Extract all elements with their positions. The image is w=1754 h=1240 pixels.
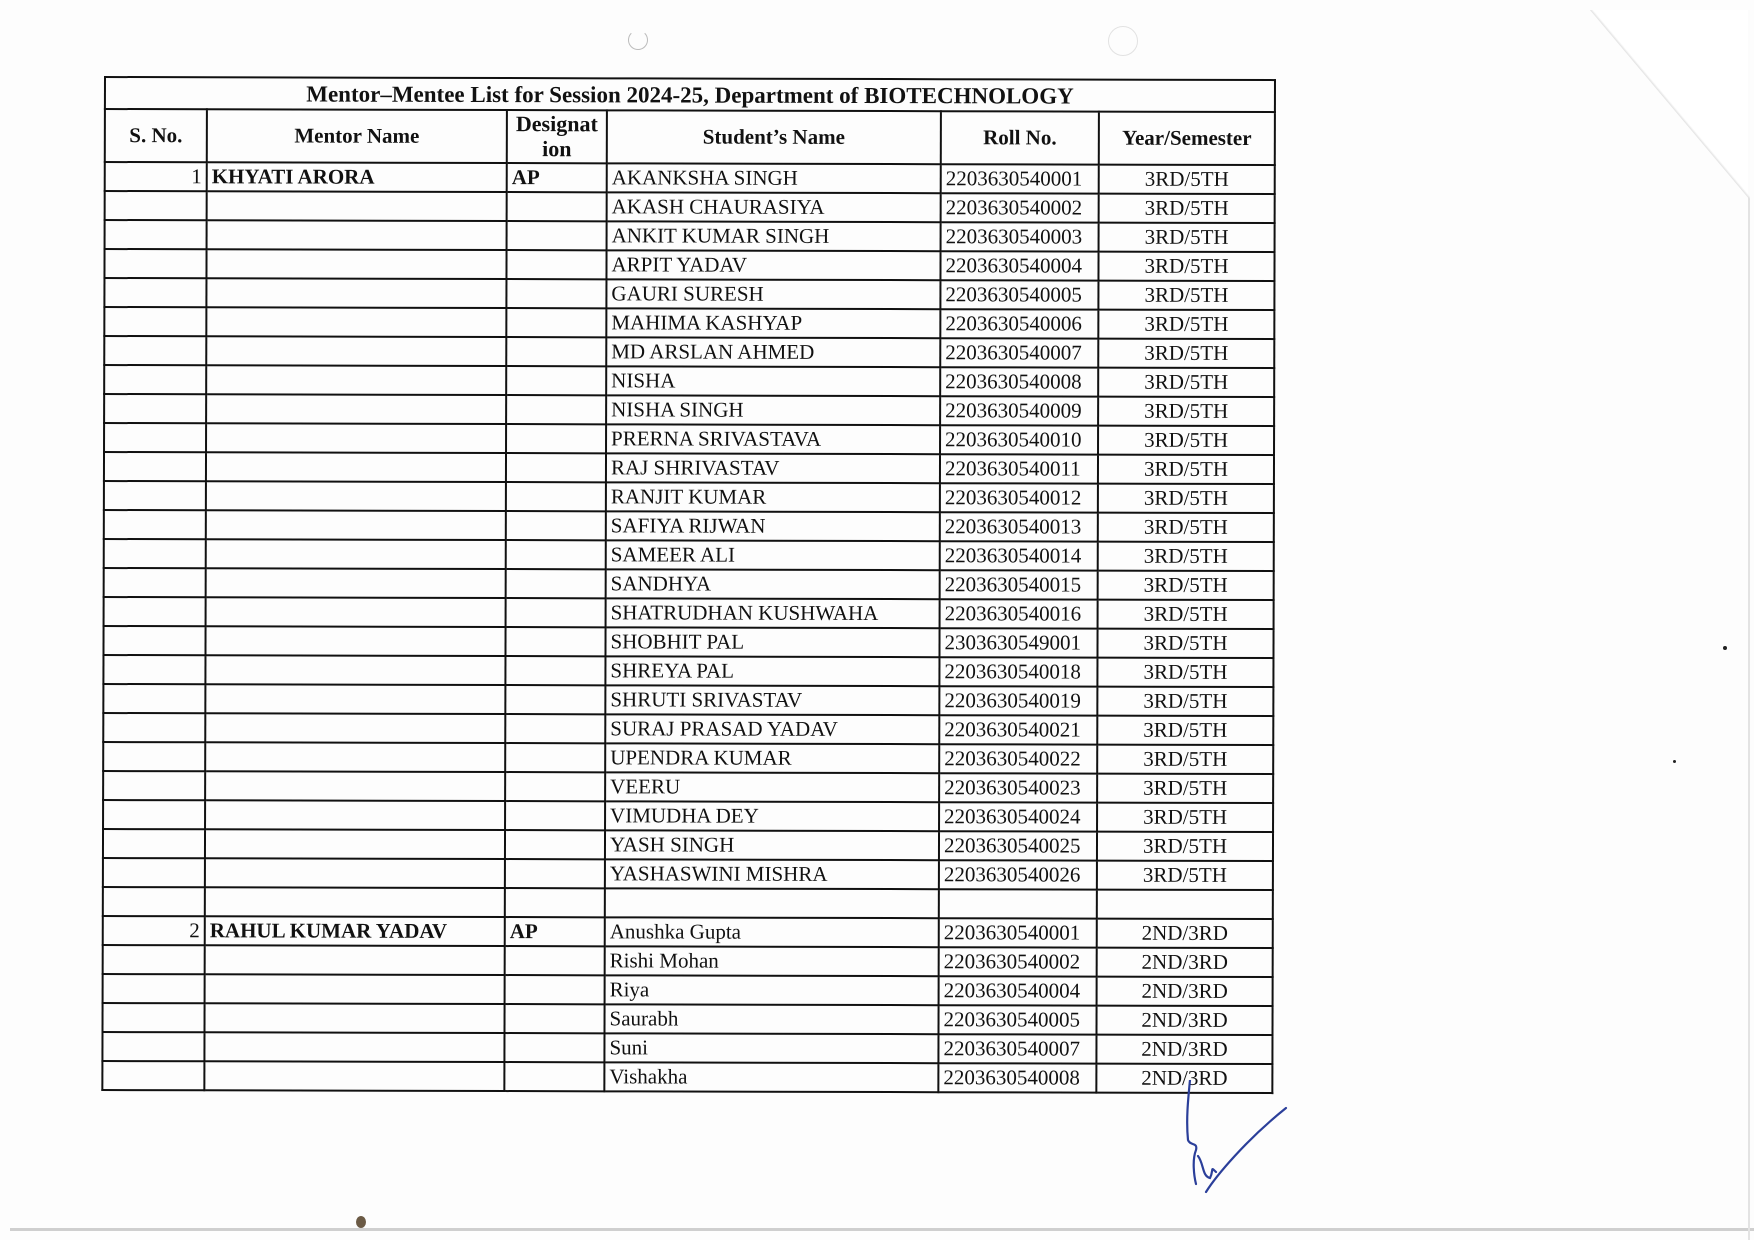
year-semester-cell: 3RD/5TH [1098,570,1274,599]
table-row: NISHA SINGH22036305400093RD/5TH [104,394,1274,426]
sno-cell [104,452,206,481]
roll-no-cell: 2203630540001 [941,164,1099,193]
mentor-name-cell [206,249,506,279]
designation-cell [505,946,605,975]
roll-no-cell: 2203630540005 [940,280,1098,309]
table-row: Riya22036305400042ND/3RD [103,974,1273,1006]
column-header-mentor-name: Mentor Name [207,109,507,162]
table-row: Suni22036305400072ND/3RD [102,1032,1272,1064]
year-semester-cell: 3RD/5TH [1097,831,1273,860]
roll-no-cell: 2203630540022 [939,744,1097,773]
table-row: SHOBHIT PAL23036305490013RD/5TH [103,626,1273,658]
year-semester-cell: 3RD/5TH [1098,425,1274,454]
designation-cell [505,975,605,1004]
designation-cell [506,482,606,511]
year-semester-cell: 3RD/5TH [1097,715,1273,744]
sno-cell [102,1003,204,1032]
sno-cell [102,1032,204,1061]
roll-no-cell: 2203630540010 [940,425,1098,454]
table-row: SANDHYA22036305400153RD/5TH [104,568,1274,600]
table-row: SAFIYA RIJWAN22036305400133RD/5TH [104,510,1274,542]
year-semester-cell: 3RD/5TH [1098,541,1274,570]
year-semester-cell: 2ND/3RD [1096,1034,1272,1063]
designation-cell [506,279,606,308]
sno-cell: 2 [103,916,205,945]
student-name-cell: GAURI SURESH [606,279,940,309]
student-name-cell: NISHA [606,366,940,396]
sno-cell [103,771,205,800]
column-header-year-semester: Year/Semester [1099,112,1275,165]
student-name-cell: MD ARSLAN AHMED [606,337,940,367]
sno-cell [103,829,205,858]
mentor-mentee-table: Mentor–Mentee List for Session 2024-25, … [101,76,1276,1094]
year-semester-cell: 3RD/5TH [1098,599,1274,628]
designation-cell [505,685,605,714]
mentor-name-cell [206,481,506,511]
roll-no-cell: 2203630540023 [939,773,1097,802]
designation-cell [506,569,606,598]
designation-cell [506,511,606,540]
table-row: RANJIT KUMAR22036305400123RD/5TH [104,481,1274,513]
year-semester-cell: 3RD/5TH [1098,251,1274,280]
mentor-name-cell [205,945,505,975]
mentor-name-cell [207,191,507,221]
student-name-cell: Vishakha [604,1062,938,1092]
mentor-name-cell [205,655,505,685]
table-row: SHREYA PAL22036305400183RD/5TH [103,655,1273,687]
table-row: Vishakha22036305400082ND/3RD [102,1061,1272,1093]
sno-cell [103,684,205,713]
year-semester-cell: 3RD/5TH [1098,280,1274,309]
designation-cell [505,772,605,801]
designation-cell [506,366,606,395]
punch-hole-mark [628,30,648,50]
table-row: YASHASWINI MISHRA22036305400263RD/5TH [103,858,1273,890]
table-row: GAURI SURESH22036305400053RD/5TH [104,278,1274,310]
sno-cell [104,365,206,394]
empty-cell [1097,889,1273,918]
roll-no-cell: 2203630540021 [939,715,1097,744]
mentor-name-cell [206,597,506,627]
mentor-name-cell [205,858,505,888]
student-name-cell: Rishi Mohan [605,946,939,976]
table-header-row: S. No. Mentor Name Designat ion Student’… [105,109,1275,165]
designation-cell [506,395,606,424]
sno-cell [104,568,206,597]
roll-no-cell: 2203630540003 [941,222,1099,251]
student-name-cell: Saurabh [604,1004,938,1034]
year-semester-cell: 3RD/5TH [1098,338,1274,367]
roll-no-cell: 2203630540005 [938,1005,1096,1034]
year-semester-cell: 3RD/5TH [1099,193,1275,222]
sno-cell [104,597,206,626]
designation-cell [504,1004,604,1033]
roll-no-cell: 2203630540025 [939,831,1097,860]
student-name-cell: Riya [605,975,939,1005]
roll-no-cell: 2203630540004 [940,251,1098,280]
scan-page-edge-bottom [10,1228,1754,1231]
table-row: PRERNA SRIVASTAVA22036305400103RD/5TH [104,423,1274,455]
designation-cell [507,192,607,221]
roll-no-cell: 2203630540019 [939,686,1097,715]
student-name-cell: SHOBHIT PAL [605,627,939,657]
scan-speck [1723,646,1727,650]
designation-cell [505,714,605,743]
student-name-cell: Suni [604,1033,938,1063]
folded-corner-mark [1590,10,1750,200]
empty-cell [505,888,605,917]
student-name-cell: YASH SINGH [605,830,939,860]
sno-cell [104,539,206,568]
sno-cell [104,249,206,278]
punch-hole-mark [1108,26,1138,56]
spacer-row [103,887,1273,919]
student-name-cell: RAJ SHRIVASTAV [606,453,940,483]
table-row: SURAJ PRASAD YADAV22036305400213RD/5TH [103,713,1273,745]
designation-cell [505,627,605,656]
mentor-name-cell [206,365,506,395]
year-semester-cell: 3RD/5TH [1097,773,1273,802]
table-row: NISHA22036305400083RD/5TH [104,365,1274,397]
year-semester-cell: 3RD/5TH [1097,860,1273,889]
roll-no-cell: 2203630540006 [940,309,1098,338]
column-header-student-name: Student’s Name [607,110,941,163]
roll-no-cell: 2203630540014 [940,541,1098,570]
designation-cell [506,424,606,453]
table-row: VIMUDHA DEY22036305400243RD/5TH [103,800,1273,832]
table-row: SHATRUDHAN KUSHWAHA22036305400163RD/5TH [104,597,1274,629]
roll-no-cell: 2203630540008 [938,1063,1096,1092]
designation-cell [505,801,605,830]
designation-cell [504,1033,604,1062]
mentor-name-cell [206,278,506,308]
mentor-name-cell [206,336,506,366]
mentor-name-cell [206,452,506,482]
student-name-cell: AKANKSHA SINGH [607,163,941,193]
sno-cell [103,858,205,887]
year-semester-cell: 3RD/5TH [1097,657,1273,686]
year-semester-cell: 2ND/3RD [1096,1005,1272,1034]
document-title: Mentor–Mentee List for Session 2024-25, … [105,77,1275,112]
designation-cell [505,830,605,859]
mentor-name-cell [204,1003,504,1033]
column-header-designation: Designat ion [507,110,607,163]
sno-cell [103,800,205,829]
designation-cell [506,453,606,482]
scan-ink-blot [356,1216,366,1228]
mentor-name-cell [206,307,506,337]
sno-cell [104,336,206,365]
designation-cell: AP [507,163,607,192]
designation-cell: AP [505,917,605,946]
year-semester-cell: 3RD/5TH [1098,396,1274,425]
sno-cell [103,713,205,742]
mentor-name-cell [204,1061,504,1091]
table-row: SHRUTI SRIVASTAV22036305400193RD/5TH [103,684,1273,716]
sno-cell [103,626,205,655]
student-name-cell: SANDHYA [606,569,940,599]
table-row: Rishi Mohan22036305400022ND/3RD [103,945,1273,977]
designation-cell [506,250,606,279]
table-row: VEERU22036305400233RD/5TH [103,771,1273,803]
empty-cell [939,889,1097,918]
year-semester-cell: 3RD/5TH [1099,164,1275,193]
table-row: UPENDRA KUMAR22036305400223RD/5TH [103,742,1273,774]
roll-no-cell: 2303630549001 [939,628,1097,657]
year-semester-cell: 3RD/5TH [1098,367,1274,396]
roll-no-cell: 2203630540004 [939,976,1097,1005]
year-semester-cell: 2ND/3RD [1097,976,1273,1005]
sno-cell: 1 [105,162,207,191]
student-name-cell: PRERNA SRIVASTAVA [606,424,940,454]
student-name-cell: SHREYA PAL [605,656,939,686]
year-semester-cell: 2ND/3RD [1097,918,1273,947]
table-row: Saurabh22036305400052ND/3RD [102,1003,1272,1035]
designation-cell [505,743,605,772]
roll-no-cell: 2203630540002 [941,193,1099,222]
roll-no-cell: 2203630540001 [939,918,1097,947]
student-name-cell: ANKIT KUMAR SINGH [607,221,941,251]
sno-cell [103,945,205,974]
roll-no-cell: 2203630540007 [938,1034,1096,1063]
scan-speck [1673,760,1676,763]
designation-cell [504,1062,604,1091]
student-name-cell: SHATRUDHAN KUSHWAHA [606,598,940,628]
table-row: ANKIT KUMAR SINGH22036305400033RD/5TH [105,220,1275,252]
roll-no-cell: 2203630540024 [939,802,1097,831]
student-name-cell: RANJIT KUMAR [606,482,940,512]
student-name-cell: UPENDRA KUMAR [605,743,939,773]
table-row: 2RAHUL KUMAR YADAVAPAnushka Gupta2203630… [103,916,1273,948]
year-semester-cell: 3RD/5TH [1098,454,1274,483]
roll-no-cell: 2203630540013 [940,512,1098,541]
mentor-name-cell: KHYATI ARORA [207,162,507,192]
designation-cell [506,308,606,337]
table-row: RAJ SHRIVASTAV22036305400113RD/5TH [104,452,1274,484]
mentor-name-cell [205,626,505,656]
roll-no-cell: 2203630540012 [940,483,1098,512]
column-header-roll-no: Roll No. [941,111,1099,164]
student-name-cell: ARPIT YADAV [606,250,940,280]
sno-cell [104,307,206,336]
year-semester-cell: 2ND/3RD [1097,947,1273,976]
year-semester-cell: 3RD/5TH [1098,483,1274,512]
year-semester-cell: 3RD/5TH [1099,222,1275,251]
student-name-cell: VEERU [605,772,939,802]
roll-no-cell: 2203630540016 [940,599,1098,628]
mentor-name-cell [205,742,505,772]
table-row: YASH SINGH22036305400253RD/5TH [103,829,1273,861]
mentor-name-cell [205,974,505,1004]
sno-cell [104,394,206,423]
mentor-name-cell [206,510,506,540]
student-name-cell: MAHIMA KASHYAP [606,308,940,338]
table-row: AKASH CHAURASIYA22036305400023RD/5TH [105,191,1275,223]
roll-no-cell: 2203630540008 [940,367,1098,396]
sno-cell [104,510,206,539]
designation-cell [505,656,605,685]
student-name-cell: SHRUTI SRIVASTAV [605,685,939,715]
empty-cell [103,887,205,916]
year-semester-cell: 3RD/5TH [1097,628,1273,657]
mentor-name-cell [205,829,505,859]
mentor-name-cell [205,800,505,830]
table-row: MAHIMA KASHYAP22036305400063RD/5TH [104,307,1274,339]
student-name-cell: YASHASWINI MISHRA [605,859,939,889]
roll-no-cell: 2203630540009 [940,396,1098,425]
sno-cell [104,423,206,452]
sno-cell [104,278,206,307]
year-semester-cell: 3RD/5TH [1097,802,1273,831]
sno-cell [103,655,205,684]
sno-cell [105,220,207,249]
handwritten-signature [1176,1080,1346,1200]
sno-cell [103,974,205,1003]
table-row: SAMEER ALI22036305400143RD/5TH [104,539,1274,571]
mentor-name-cell [206,423,506,453]
year-semester-cell: 3RD/5TH [1097,686,1273,715]
student-name-cell: Anushka Gupta [605,917,939,947]
table-row: ARPIT YADAV22036305400043RD/5TH [104,249,1274,281]
designation-cell [506,598,606,627]
mentor-name-cell [206,539,506,569]
student-name-cell: VIMUDHA DEY [605,801,939,831]
sno-cell [102,1061,204,1090]
sno-cell [105,191,207,220]
student-name-cell: SAFIYA RIJWAN [606,511,940,541]
student-name-cell: SAMEER ALI [606,540,940,570]
designation-cell [506,337,606,366]
table-body: 1KHYATI ARORAAPAKANKSHA SINGH22036305400… [102,162,1275,1093]
mentor-name-cell [205,771,505,801]
mentor-name-cell [205,713,505,743]
table-row: MD ARSLAN AHMED22036305400073RD/5TH [104,336,1274,368]
designation-cell [505,859,605,888]
mentor-name-cell [205,684,505,714]
sno-cell [103,742,205,771]
year-semester-cell: 3RD/5TH [1097,744,1273,773]
roll-no-cell: 2203630540026 [939,860,1097,889]
student-name-cell: AKASH CHAURASIYA [607,192,941,222]
empty-cell [605,888,939,918]
roll-no-cell: 2203630540011 [940,454,1098,483]
roll-no-cell: 2203630540007 [940,338,1098,367]
mentor-name-cell: RAHUL KUMAR YADAV [205,916,505,946]
mentor-name-cell [207,220,507,250]
mentor-name-cell [204,1032,504,1062]
year-semester-cell: 3RD/5TH [1098,512,1274,541]
table-row: 1KHYATI ARORAAPAKANKSHA SINGH22036305400… [105,162,1275,194]
mentor-name-cell [206,568,506,598]
student-name-cell: SURAJ PRASAD YADAV [605,714,939,744]
sno-cell [104,481,206,510]
roll-no-cell: 2203630540018 [939,657,1097,686]
roll-no-cell: 2203630540015 [940,570,1098,599]
designation-cell [507,221,607,250]
mentor-name-cell [206,394,506,424]
year-semester-cell: 3RD/5TH [1098,309,1274,338]
empty-cell [205,887,505,917]
roll-no-cell: 2203630540002 [939,947,1097,976]
column-header-sno: S. No. [105,109,207,162]
designation-cell [506,540,606,569]
student-name-cell: NISHA SINGH [606,395,940,425]
